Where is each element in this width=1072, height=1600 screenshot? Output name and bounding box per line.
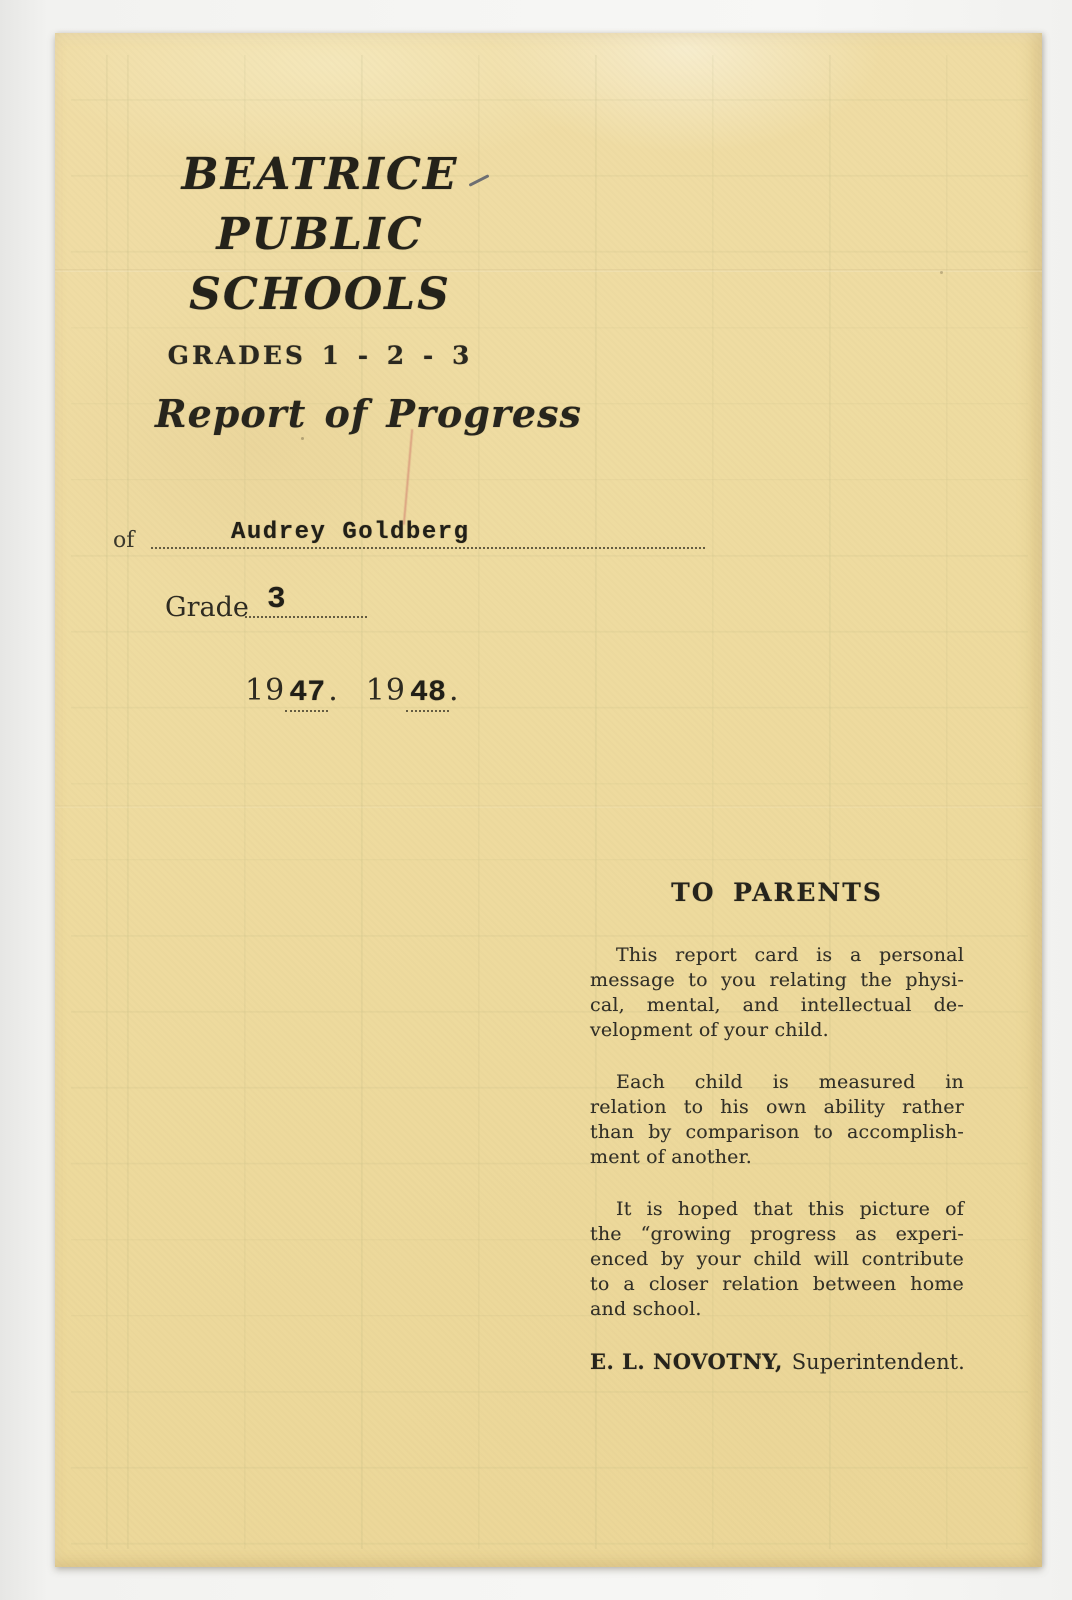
year-value-2: 48 (406, 676, 449, 712)
paragraph-line: Each child is measured in (590, 1070, 964, 1095)
paragraph-line: and school. (590, 1297, 964, 1322)
paragraph-line: cal, mental, and intellectual de- (590, 993, 964, 1018)
school-name-line1: BEATRICE (95, 145, 545, 205)
paragraph-line: It is hoped that this picture of (590, 1197, 964, 1222)
paragraph-line: ment of another. (590, 1145, 964, 1170)
grade-dotted-rule (245, 616, 367, 618)
school-name-line2: PUBLIC SCHOOLS (95, 205, 545, 325)
paragraph-line: to a closer relation between home (590, 1272, 964, 1297)
school-year-start: 1947. (245, 673, 340, 710)
school-masthead: BEATRICE PUBLIC SCHOOLS GRADES 1 - 2 - 3 (95, 145, 545, 370)
paragraph-line: message to you relating the physi- (590, 968, 964, 993)
grade-line: Grade 3 (165, 577, 367, 627)
student-name-line: of Audrey Goldberg (113, 485, 705, 557)
scanned-report-card: { "header": { "school_line1": "BEATRICE"… (0, 0, 1072, 1600)
year-dot-1: . (328, 673, 340, 708)
paragraph-line: the “growing progress as experi- (590, 1222, 964, 1247)
year-value-1: 47 (285, 676, 328, 712)
year-prefix-2: 19 (366, 673, 406, 708)
paragraph-1: This report card is a personal message t… (590, 943, 964, 1043)
school-year-end: 1948. (366, 673, 461, 710)
superintendent-name: E. L. NOVOTNY, (590, 1349, 783, 1374)
year-dot-2: . (449, 673, 461, 708)
paragraph-3: It is hoped that this picture of the “gr… (590, 1197, 964, 1322)
paragraph-2: Each child is measured in relation to hi… (590, 1070, 964, 1170)
of-label: of (113, 528, 134, 553)
to-parents-heading: TO PARENTS (590, 878, 964, 907)
report-card-cover-page: BEATRICE PUBLIC SCHOOLS GRADES 1 - 2 - 3… (55, 33, 1042, 1567)
superintendent-title: Superintendent. (792, 1350, 965, 1374)
to-parents-section: TO PARENTS This report card is a persona… (590, 878, 964, 1374)
grade-value: 3 (267, 582, 286, 617)
report-title: Report of Progress (155, 391, 582, 436)
student-name-value: Audrey Goldberg (231, 519, 470, 546)
paragraph-line: than by comparison to accomplish- (590, 1120, 964, 1145)
ink-speck (940, 271, 943, 274)
year-prefix-1: 19 (245, 673, 285, 708)
paragraph-line: This report card is a personal (590, 943, 964, 968)
paragraph-line: enced by your child will contribute (590, 1247, 964, 1272)
ink-speck (301, 437, 304, 440)
grade-label: Grade (165, 592, 249, 623)
grades-line: GRADES 1 - 2 - 3 (95, 341, 545, 370)
paragraph-line: relation to his own ability rather (590, 1095, 964, 1120)
school-years-line: 1947.1948. (245, 673, 461, 710)
paragraph-line: velopment of your child. (590, 1018, 964, 1043)
superintendent-signature: E. L. NOVOTNY,Superintendent. (590, 1349, 964, 1374)
fold-crease (55, 805, 1042, 808)
name-dotted-rule (151, 547, 705, 549)
